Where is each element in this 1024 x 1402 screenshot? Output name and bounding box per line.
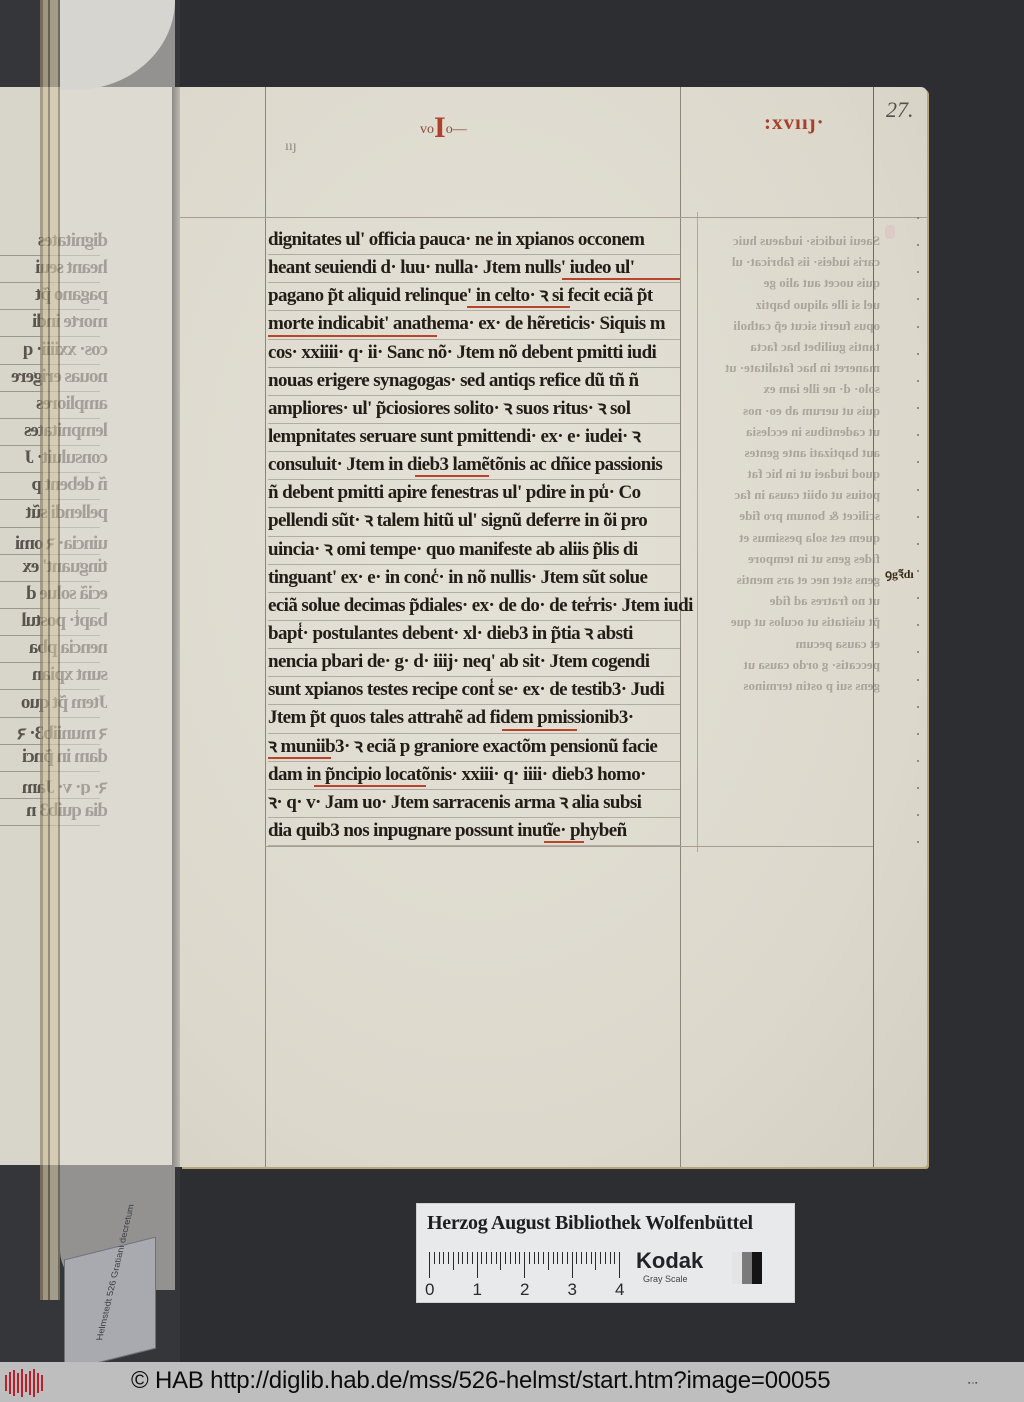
shelfmark-label: Helmstedt 526 Gratiani decretum	[64, 1237, 156, 1362]
shelfmark-text: Helmstedt 526 Gratiani decretum	[94, 1248, 125, 1341]
manuscript-line-text: ꝛ muniib3· ꝛ eciã p graniore exactõm pen…	[268, 734, 698, 760]
show-through-line: uel si ille aliquo baptiz	[700, 294, 880, 315]
ruler-tick	[614, 1252, 615, 1264]
manuscript-text-column: dignitates ul' officia pauca· ne in xpia…	[268, 227, 680, 846]
manuscript-line: dia quib3 nos inpugnare possunt inutĩe· …	[268, 818, 680, 846]
manuscript-line-text: ñ debent pmitti apire fenestras ul' pdir…	[268, 480, 698, 506]
manuscript-line: heant seuiendi d· luu· nulla· Jtem nulls…	[268, 255, 680, 283]
rubric-underline	[268, 757, 331, 759]
ruler-tick	[538, 1252, 539, 1264]
manuscript-line-text: cos· xxiiii· q· ii· Sanc nõ· Jtem nõ deb…	[268, 340, 698, 366]
copyright-link[interactable]: © HAB http://diglib.hab.de/mss/526-helms…	[131, 1367, 830, 1395]
manuscript-line: nouas erigere synagogas· sed antiqs refi…	[268, 368, 680, 396]
manuscript-line: sunt xpianos testes recipe cont̾ se· ex·…	[268, 677, 680, 705]
manuscript-line: pagano p̃t aliquid relinque' in celto· ꝛ…	[268, 283, 680, 311]
show-through-line: quis ut uerum ab eo· nos	[700, 400, 880, 421]
manuscript-line: cos· xxiiii· q· ii· Sanc nõ· Jtem nõ deb…	[268, 340, 680, 368]
show-through-line: potius ut obiit causa in fac	[700, 484, 880, 505]
ruler-tick	[439, 1252, 440, 1264]
manuscript-line-text: morte indicabit' anathema· ex· de hẽreti…	[268, 311, 698, 337]
ruler-tick	[557, 1252, 558, 1264]
show-through-line: ut no fratres ad fide	[700, 590, 880, 611]
show-through-line: maneret in hac fatalitate· ut	[700, 357, 880, 378]
manuscript-line-text: consuluit· Jtem in dieb3 lamẽtõnis ac dñ…	[268, 452, 698, 478]
manuscript-line-text: heant seuiendi d· luu· nulla· Jtem nulls…	[268, 255, 698, 281]
rubric-underline	[314, 785, 427, 787]
show-through-line: peccatis· g ordo causa ut	[700, 654, 880, 675]
ruler-tick	[586, 1252, 587, 1264]
ruler-tick	[472, 1252, 473, 1264]
red-ink-stain	[885, 225, 895, 239]
kodak-logo: Kodak	[636, 1248, 703, 1274]
ruler-label: 4	[615, 1280, 624, 1300]
ruler-tick	[553, 1252, 554, 1264]
rubric-underline	[562, 278, 680, 280]
ruler-tick	[529, 1252, 530, 1264]
pricking-hole	[917, 489, 919, 491]
manuscript-line: morte indicabit' anathema· ex· de hẽreti…	[268, 311, 680, 339]
ruler-label: 3	[568, 1280, 577, 1300]
ruler-tick	[524, 1252, 525, 1278]
show-through-line: caris iudeis· iis fabricat· ul	[700, 251, 880, 272]
ruler-tick	[477, 1252, 478, 1278]
ruler-tick	[486, 1252, 487, 1264]
hab-logo-icon[interactable]	[5, 1369, 47, 1397]
ruler-tick	[505, 1252, 506, 1264]
flyleaf-overlay	[60, 0, 175, 1290]
pencil-folio-number: 27.	[886, 97, 914, 123]
manuscript-line: bapt̾· postulantes debent· xl· dieb3 in …	[268, 621, 680, 649]
pricking-hole	[917, 380, 919, 382]
ruler-tick	[443, 1252, 444, 1264]
show-through-line: quem est sola pessimus et	[700, 527, 880, 548]
pricking-hole	[917, 353, 919, 355]
manuscript-line-text: Jtem p̃t quos tales attrahẽ ad fidem pmi…	[268, 705, 698, 731]
manuscript-line-text: nouas erigere synagogas· sed antiqs refi…	[268, 368, 698, 394]
color-target-card: Herzog August Bibliothek Wolfenbüttel 01…	[416, 1203, 795, 1303]
manuscript-line: consuluit· Jtem in dieb3 lamẽtõnis ac dñ…	[268, 452, 680, 480]
ruler-label: 0	[425, 1280, 434, 1300]
pricking-hole	[917, 679, 919, 681]
ruler-tick	[581, 1252, 582, 1264]
ruler-tick	[500, 1252, 501, 1270]
ruler-tick	[458, 1252, 459, 1264]
manuscript-line-text: ampliores· ul' p̃ciosiores solito· ꝛ suo…	[268, 396, 698, 422]
manuscript-line-text: sunt xpianos testes recipe cont̾ se· ex·…	[268, 677, 698, 703]
ruler-tick	[548, 1252, 549, 1270]
ruler-tick	[481, 1252, 482, 1264]
manuscript-line: eciã solue decimas p̃diales· ex· de do· …	[268, 593, 680, 621]
ruler-tick	[434, 1252, 435, 1264]
ruler-tick	[600, 1252, 601, 1264]
gray-scale-swatch	[732, 1252, 762, 1284]
ruler-tick	[543, 1252, 544, 1264]
ruler-label: 1	[473, 1280, 482, 1300]
show-through-line: p̃t uisitatis ut oculos ut que	[700, 611, 880, 632]
manuscript-line-text: pagano p̃t aliquid relinque' in celto· ꝛ…	[268, 283, 698, 309]
pricking-hole	[917, 733, 919, 735]
manuscript-line-text: lempnitates seruare sunt pmittendi· ex· …	[268, 424, 698, 450]
ruler-tick	[448, 1252, 449, 1264]
manuscript-line: Jtem p̃t quos tales attrahẽ ad fidem pmi…	[268, 705, 680, 733]
manuscript-line: uincia· ꝛ omi tempe· quo manifeste ab al…	[268, 537, 680, 565]
manuscript-line: ꝛ· q· v· Jam uo· Jtem sarracenis arma ꝛ …	[268, 790, 680, 818]
manuscript-line-text: tinguant' ex· e· in conc̾· in nõ nullis·…	[268, 565, 698, 591]
show-through-line: gens stet nec et ars mentis	[700, 569, 880, 590]
show-through-line: tantis guilibet hac facta	[700, 336, 880, 357]
scale-ruler: 01234	[429, 1252, 623, 1282]
manuscript-line-text: bapt̾· postulantes debent· xl· dieb3 in …	[268, 621, 698, 647]
ruling-line-top	[180, 217, 927, 218]
pricking-hole	[917, 217, 919, 219]
show-through-line: solo· d· ne ille iam ex	[700, 378, 880, 399]
ruler-tick	[572, 1252, 573, 1278]
show-through-line: opus fuerit sicut ep̃ catholi	[700, 315, 880, 336]
show-through-line: et causa pecum	[700, 633, 880, 654]
pricking-hole	[917, 760, 919, 762]
show-through-line: scilicet & bonum pro fide	[700, 505, 880, 526]
ruler-tick	[576, 1252, 577, 1264]
running-title-flourish-right: ᴏ—	[446, 122, 467, 137]
manuscript-line: tinguant' ex· e· in conc̾· in nõ nullis·…	[268, 565, 680, 593]
show-through-line: fides gens ut in tempore	[700, 548, 880, 569]
ruler-tick	[605, 1252, 606, 1264]
show-through-line: ut cadentibus in ecclesia	[700, 421, 880, 442]
running-title-letter: I	[434, 111, 446, 144]
manuscript-line: lempnitates seruare sunt pmittendi· ex· …	[268, 424, 680, 452]
ruler-tick	[429, 1252, 430, 1278]
rubric-underline	[502, 729, 577, 731]
footer-bar: © HAB http://diglib.hab.de/mss/526-helms…	[0, 1362, 1024, 1402]
manuscript-line: ampliores· ul' p̃ciosiores solito· ꝛ suo…	[268, 396, 680, 424]
pricking-hole	[917, 326, 919, 328]
ruler-tick	[595, 1252, 596, 1270]
rubric-underline	[467, 306, 570, 308]
ruler-tick	[534, 1252, 535, 1264]
show-through-line: Saeui iudicis· iudaeus huic	[700, 230, 880, 251]
rubric-underline	[415, 475, 489, 477]
manuscript-line-text: dignitates ul' officia pauca· ne in xpia…	[268, 227, 698, 253]
manuscript-line-text: eciã solue decimas p̃diales· ex· de do· …	[268, 593, 698, 619]
rubric-underline	[268, 335, 437, 337]
ruler-tick	[619, 1252, 620, 1278]
ruler-tick	[519, 1252, 520, 1264]
pricking-hole	[917, 706, 919, 708]
pricking-hole	[917, 570, 919, 572]
show-through-line: quis uocet aut alio ge	[700, 272, 880, 293]
ruler-tick	[591, 1252, 592, 1264]
ruler-tick	[453, 1252, 454, 1270]
manuscript-line-text: pellendi sũt· ꝛ talem hitũ ul' signũ def…	[268, 508, 698, 534]
running-title-flourish-left: ᴠᴏ	[420, 122, 434, 137]
margin-note: ꝯgꝛ̃dı	[885, 565, 914, 582]
manuscript-line-text: dam in p̃ncipio locatõnis· xxiii· q· iii…	[268, 762, 698, 788]
manuscript-line: dignitates ul' officia pauca· ne in xpia…	[268, 227, 680, 255]
show-through-line: quod iudaei ut in hic fat	[700, 463, 880, 484]
kodak-subtitle: Gray Scale	[643, 1274, 688, 1284]
rubric-underline	[544, 841, 584, 843]
manuscript-line-text: dia quib3 nos inpugnare possunt inutĩe· …	[268, 818, 698, 844]
ruling-line-bottom	[265, 846, 873, 847]
ruler-label: 2	[520, 1280, 529, 1300]
ruler-tick	[496, 1252, 497, 1264]
manuscript-viewport: dignitatesheant seuipagano p̃tmorte indi…	[0, 0, 1024, 1362]
viewer-mode-icon[interactable]: ▪▫▪	[968, 1380, 978, 1387]
ruler-tick	[510, 1252, 511, 1264]
pricking-hole	[917, 543, 919, 545]
library-name: Herzog August Bibliothek Wolfenbüttel	[427, 1212, 753, 1235]
manuscript-line: ñ debent pmitti apire fenestras ul' pdir…	[268, 480, 680, 508]
manuscript-line: pellendi sũt· ꝛ talem hitũ ul' signũ def…	[268, 508, 680, 536]
pricking-hole	[917, 516, 919, 518]
pencil-gutter-mark: ııȷ	[285, 139, 297, 155]
manuscript-line: dam in p̃ncipio locatõnis· xxiii· q· iii…	[268, 762, 680, 790]
manuscript-line: nencia pbari de· g· d· iiij· neq' ab sit…	[268, 649, 680, 677]
ruler-tick	[562, 1252, 563, 1264]
show-through-line: aut baptizati ante gentes	[700, 442, 880, 463]
running-title: ᴠᴏIᴏ—	[420, 111, 467, 145]
manuscript-line-text: nencia pbari de· g· d· iiij· neq' ab sit…	[268, 649, 698, 675]
ruling-line-left	[265, 87, 266, 1167]
manuscript-line-text: ꝛ· q· v· Jam uo· Jtem sarracenis arma ꝛ …	[268, 790, 698, 816]
ruler-tick	[491, 1252, 492, 1264]
manuscript-line: ꝛ muniib3· ꝛ eciã p graniore exactõm pen…	[268, 734, 680, 762]
ruler-tick	[610, 1252, 611, 1264]
ruler-tick	[515, 1252, 516, 1264]
ruler-tick	[467, 1252, 468, 1264]
show-through-text: Saeui iudicis· iudaeus huiccaris iudeis·…	[700, 230, 880, 696]
manuscript-line-text: uincia· ꝛ omi tempe· quo manifeste ab al…	[268, 537, 698, 563]
ruler-tick	[462, 1252, 463, 1264]
folio-roman-number: :xvııȷ·	[764, 110, 825, 135]
ruler-tick	[567, 1252, 568, 1264]
show-through-line: gens sui p ostin terminos	[700, 675, 880, 696]
